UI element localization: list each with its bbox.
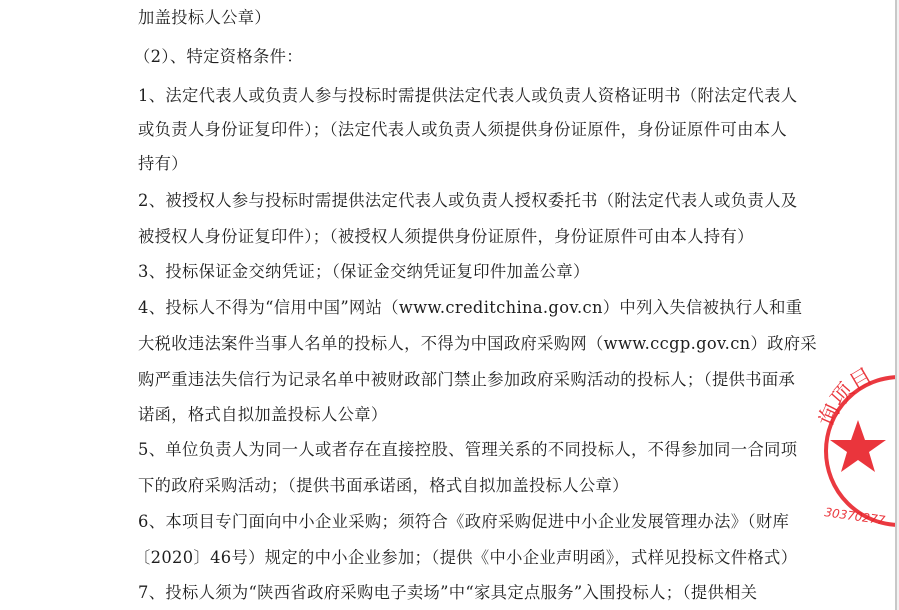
text-line: 下的政府采购活动；（提供书面承诺函，格式自拟加盖投标人公章） [138, 476, 629, 496]
text-line: 1、法定代表人或负责人参与投标时需提供法定代表人或负责人资格证明书（附法定代表人 [138, 86, 797, 106]
text-line: 4、投标人不得为“信用中国”网站（www.creditchina.gov.cn）… [138, 298, 802, 318]
stamp-top-text: 询项目 [818, 366, 877, 431]
section-heading: （2）、特定资格条件： [134, 47, 303, 67]
document-page: 加盖投标人公章） （2）、特定资格条件： 1、法定代表人或负责人参与投标时需提供… [0, 0, 895, 610]
text-line: 2、被授权人参与投标时需提供法定代表人或负责人授权委托书（附法定代表人或负责人及 [138, 191, 797, 211]
text-line: 诺函，格式自拟加盖投标人公章） [138, 405, 387, 425]
svg-text:询项目: 询项目 [818, 366, 877, 431]
text-line: 加盖投标人公章） [138, 8, 271, 28]
text-line: 7、投标人须为“陕西省政府采购电子卖场”中“家具定点服务”入围投标人；（提供相关 [138, 583, 757, 603]
text-line: 被授权人身份证复印件）；（被授权人须提供身份证原件，身份证原件可由本人持有） [138, 227, 754, 247]
text-line: 5、单位负责人为同一人或者存在直接控股、管理关系的不同投标人，不得参加同一合同项 [138, 440, 797, 460]
text-line: 或负责人身份证复印件）；（法定代表人或负责人须提供身份证原件，身份证原件可由本人 [138, 120, 787, 140]
text-line: 6、本项目专门面向中小企业采购；须符合《政府采购促进中小企业发展管理办法》（财库 [138, 512, 789, 532]
text-line: 大税收违法案件当事人名单的投标人，不得为中国政府采购网（www.ccgp.gov… [138, 334, 817, 354]
star-icon [830, 420, 886, 472]
stamp-number: 30370277 [824, 505, 887, 527]
text-line: 持有） [138, 154, 188, 174]
text-line: 3、投标保证金交纳凭证；（保证金交纳凭证复印件加盖公章） [138, 262, 590, 282]
company-seal-stamp: 询项目 30370277 [818, 366, 899, 536]
text-line: 购严重违法失信行为记录名单中被财政部门禁止参加政府采购活动的投标人；（提供书面承 [138, 370, 795, 390]
text-line: 〔2020〕46号）规定的中小企业参加；（提供《中小企业声明函》，式样见投标文件… [134, 548, 797, 568]
